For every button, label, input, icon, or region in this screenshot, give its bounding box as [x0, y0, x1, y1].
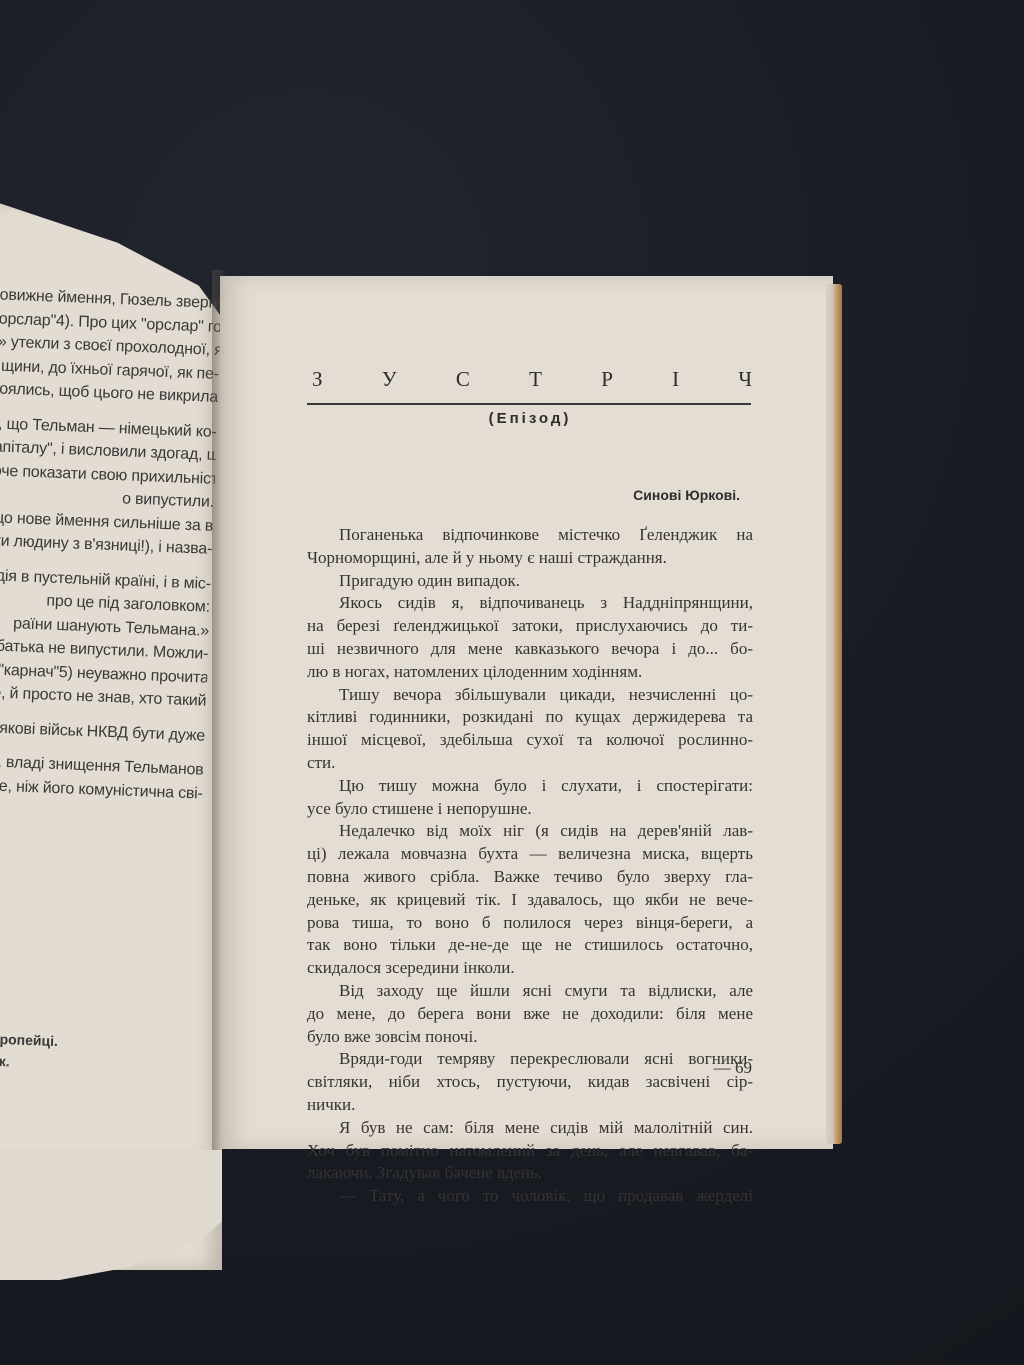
text-line: сти. — [307, 752, 753, 775]
text-line: Пригадую один випадок. — [307, 570, 753, 593]
text-line: іншої місцевої, здебільша сухої та колюч… — [307, 729, 753, 752]
text-line: скидалося зсередини інколи. — [307, 957, 753, 980]
text-line: кітливі годинники, розкидані по кущах де… — [307, 706, 753, 729]
page-block-edge — [826, 284, 842, 1144]
text-line: Поганенька відпочинкове містечко Ґелендж… — [307, 524, 753, 547]
text-line: було вже зовсім поночі. — [307, 1026, 753, 1049]
text-line: Хоч був помітно натомлений за день, але … — [307, 1140, 753, 1163]
text-line: Чорноморщині, але й у ньому є наші страж… — [307, 547, 753, 570]
page-number: — 69 — [714, 1058, 752, 1078]
left-page-text: овижне ймення, Гюзель зверну-орслар"4). … — [0, 283, 222, 805]
title-letter: Т — [529, 367, 542, 392]
footnote-line: к. — [0, 1050, 58, 1074]
chapter-title: ЗУСТРІЧ — [312, 367, 752, 392]
text-line: Вряди-годи темряву перекреслювали ясні в… — [307, 1048, 753, 1071]
text-line: — Тату, а чого то чоловік, що продавав ж… — [307, 1185, 753, 1208]
text-line: Я був не сам: біля мене сидів мій малолі… — [307, 1117, 753, 1140]
title-letter: Р — [601, 367, 613, 392]
dedication: Синові Юркові. — [633, 487, 740, 503]
title-rule — [307, 403, 751, 405]
text-line: Від заходу ще йшли ясні смуги та відлиск… — [307, 980, 753, 1003]
body-text: Поганенька відпочинкове містечко Ґелендж… — [307, 524, 753, 1208]
title-letter: У — [382, 367, 397, 392]
text-line: ці) лежала мовчазна бухта — величезна ми… — [307, 843, 753, 866]
text-line: лю в ногах, натомлених цілоденним ходінн… — [307, 661, 753, 684]
left-page-footnotes: ропейці.к. — [0, 1028, 58, 1074]
chapter-subtitle: (Епізод) — [300, 410, 760, 427]
text-line: повна живого срібла. Важке течиво було з… — [307, 866, 753, 889]
text-line: Тишу вечора збільшували цикади, незчисле… — [307, 684, 753, 707]
text-line: до мене, до берега вони вже не доходили:… — [307, 1003, 753, 1026]
title-letter: З — [312, 367, 323, 392]
text-line: Якось сидів я, відпочиванець з Наддніпря… — [307, 592, 753, 615]
text-line: ші незвичного для мене кавказького вечор… — [307, 638, 753, 661]
text-line: усе було стишене і непорушне. — [307, 798, 753, 821]
text-line: Недалечко від моїх ніг (я сидів на дерев… — [307, 820, 753, 843]
text-line: так воно тільки де-не-де ще не стишилось… — [307, 934, 753, 957]
text-line: деньке, як крицевий тік. І здавалось, що… — [307, 889, 753, 912]
text-line: лакаючи. Згадував бачене вдень. — [307, 1162, 753, 1185]
title-letter: Ч — [738, 367, 752, 392]
text-line: на березі ґеленджицької затоки, прислуха… — [307, 615, 753, 638]
book-gutter — [212, 270, 226, 1150]
footnote-line: ропейці. — [0, 1028, 58, 1052]
title-letter: С — [456, 367, 470, 392]
text-line: Цю тишу можна було і слухати, і спостері… — [307, 775, 753, 798]
text-line: нички. — [307, 1094, 753, 1117]
text-line: світляки, ніби хтось, пустуючи, кидав за… — [307, 1071, 753, 1094]
text-line: рова тиша, то воно б полилося через вінц… — [307, 912, 753, 935]
title-letter: І — [672, 367, 679, 392]
